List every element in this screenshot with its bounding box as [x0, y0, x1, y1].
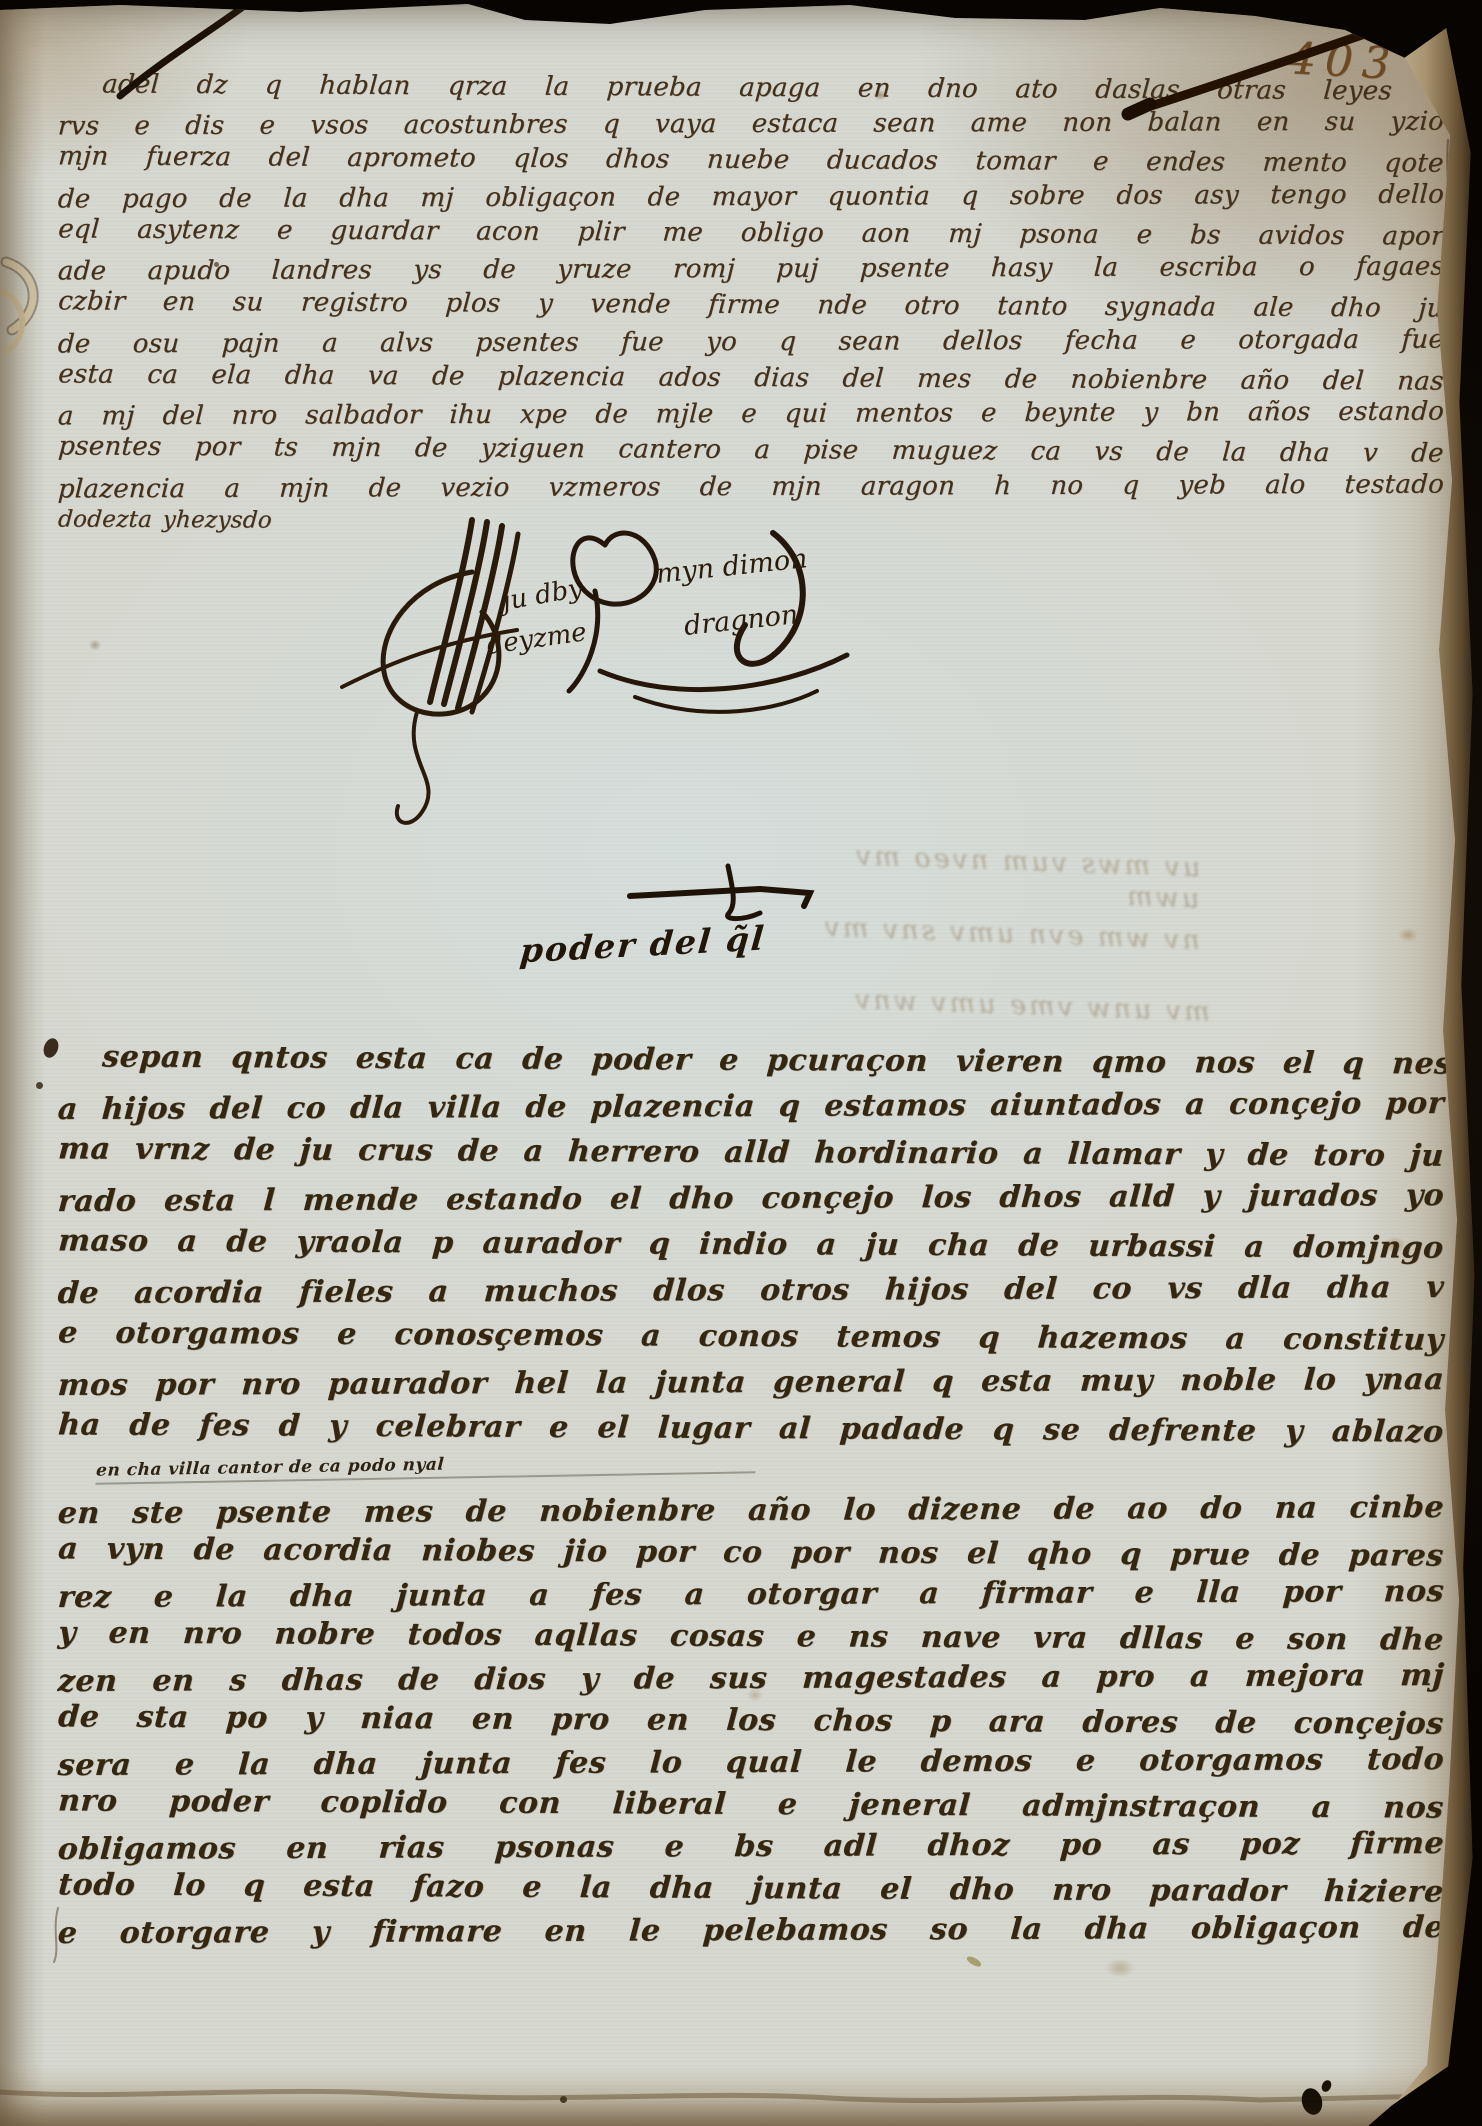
diagonal-stroke-top-right — [1132, 16, 1418, 112]
ink-speck — [214, 262, 219, 267]
manuscript-page: 403 adel dz q hablan qrza la prueba apag… — [0, 0, 1482, 2126]
waterline-stain — [0, 2091, 1440, 2100]
scratch-mark — [54, 1908, 58, 1962]
ink-blot — [560, 2096, 567, 2103]
manuscript-photo: 403 adel dz q hablan qrza la prueba apag… — [0, 0, 1482, 2126]
diagonal-stroke-top-left — [120, 4, 247, 96]
pen-strokes-overlay — [0, 0, 1482, 2126]
ink-blot — [36, 1082, 43, 1089]
